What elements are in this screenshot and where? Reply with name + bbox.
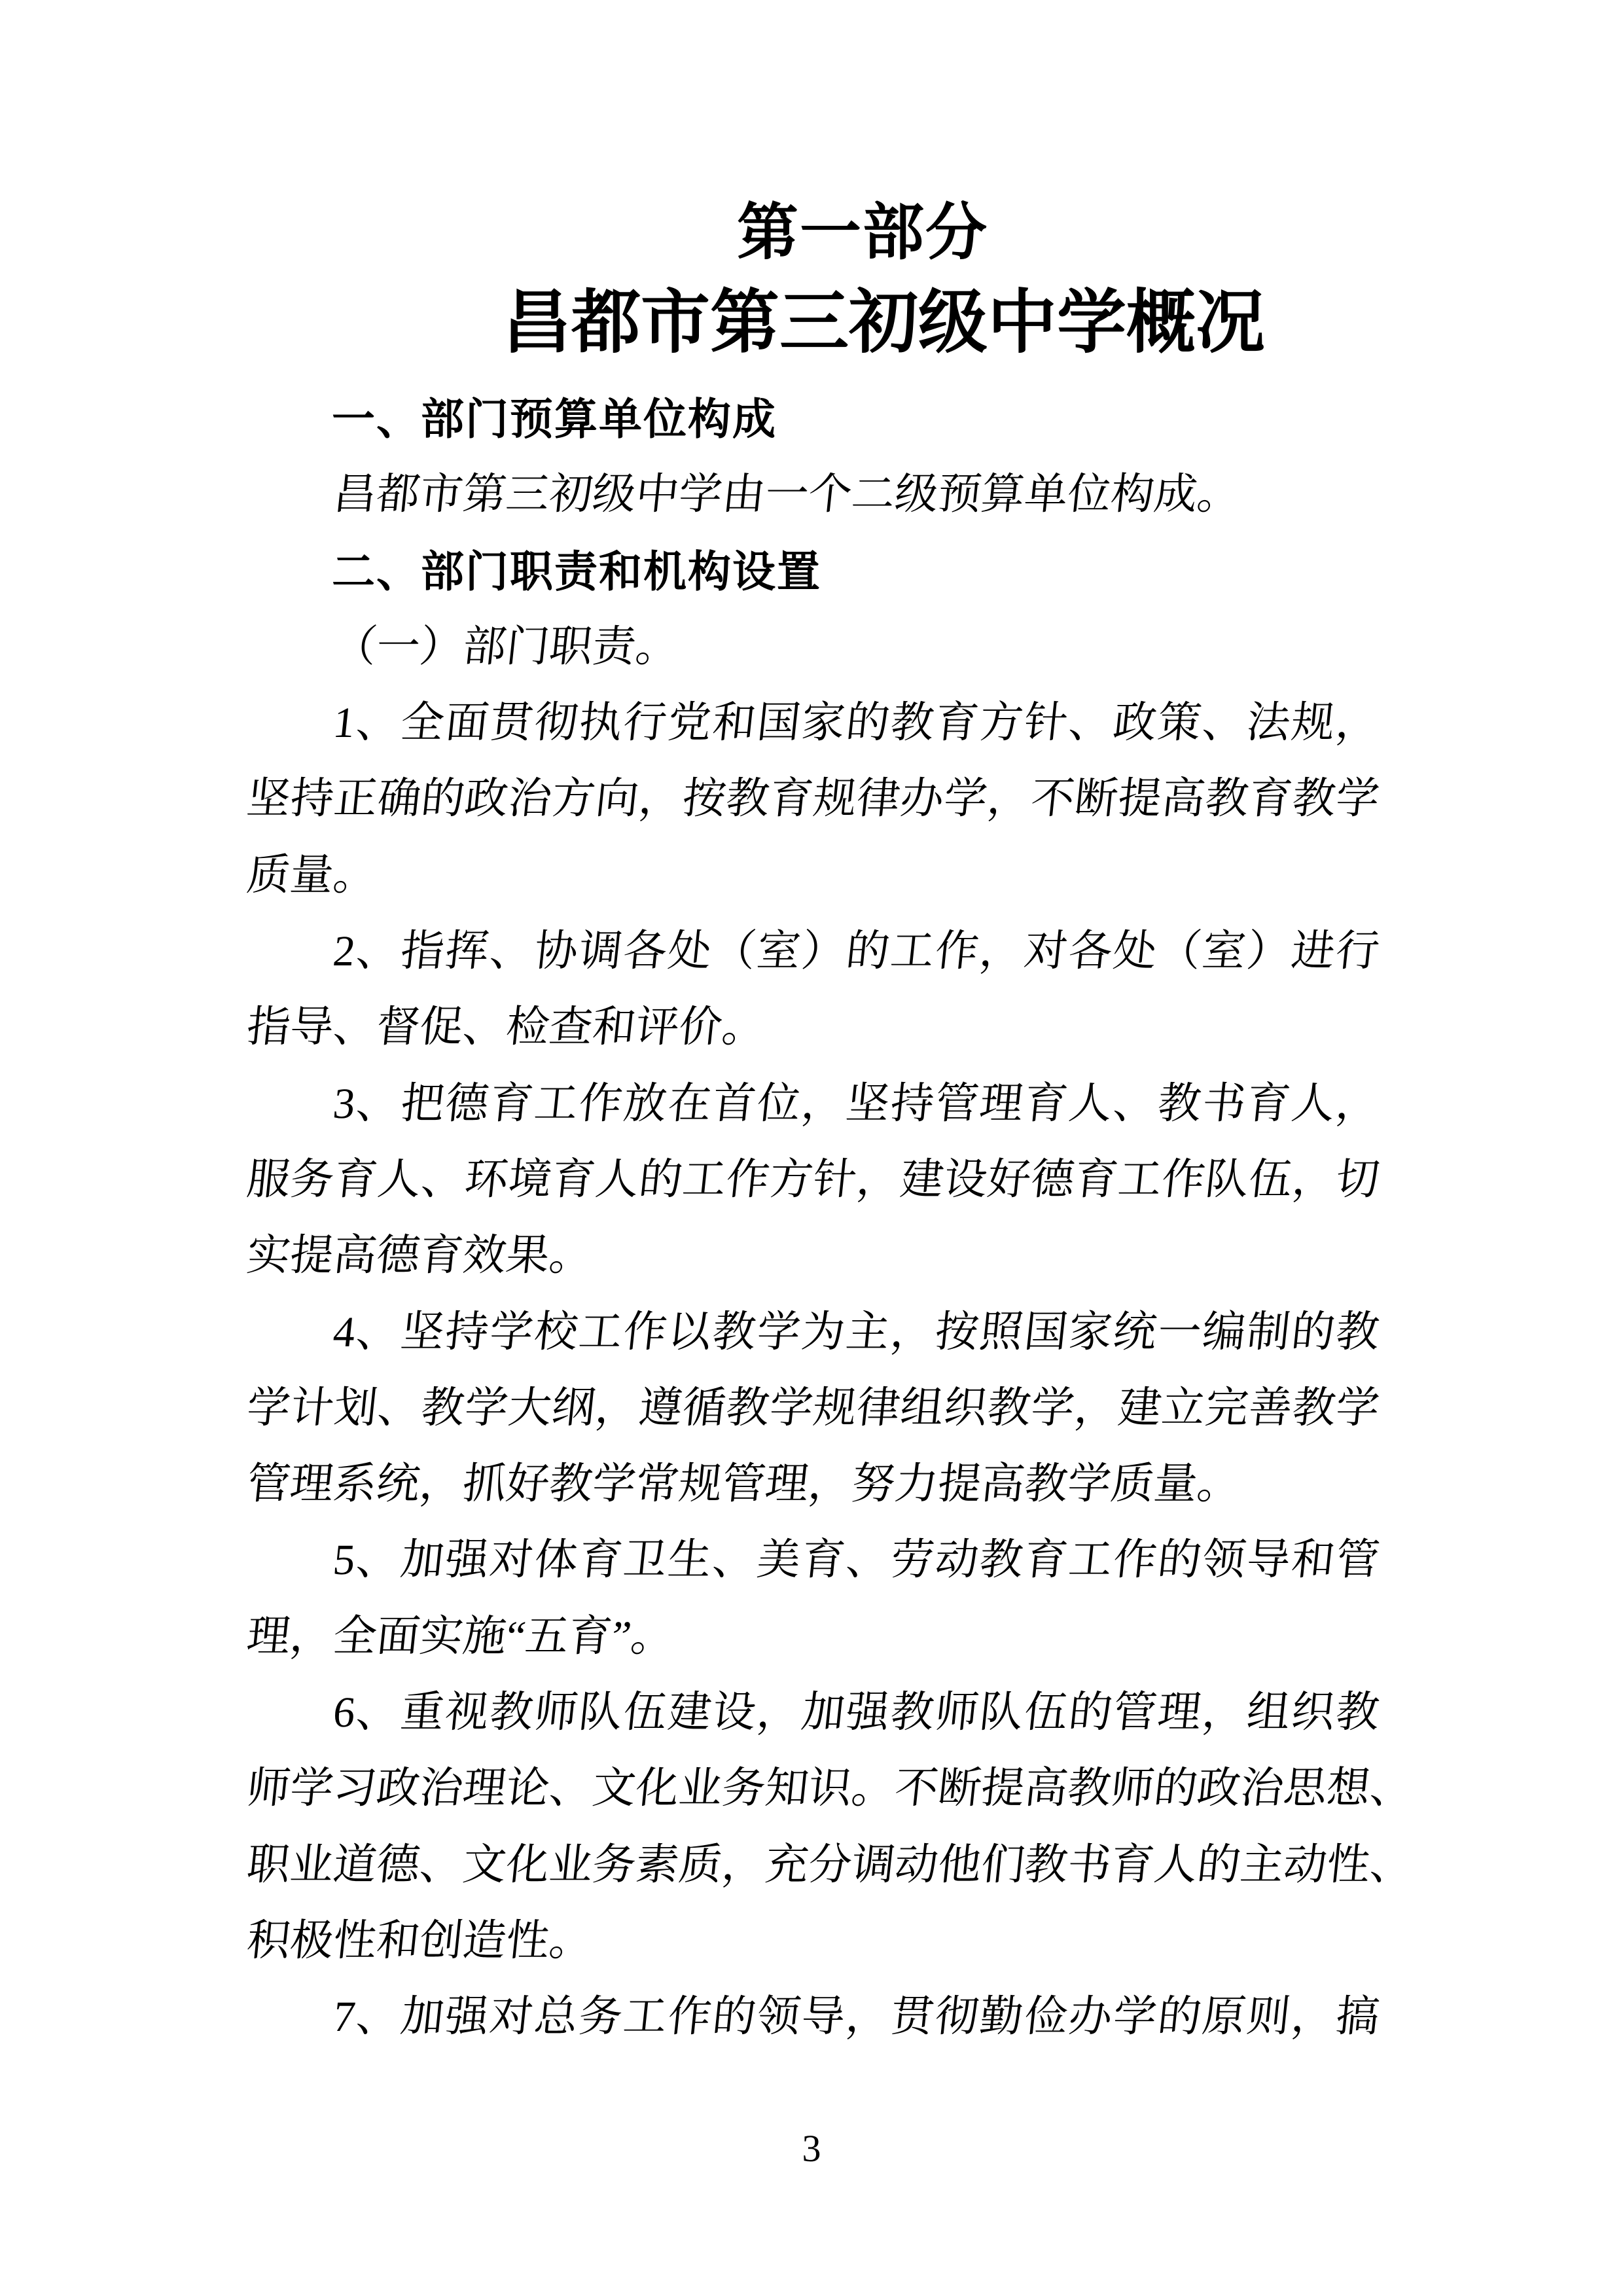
paragraph-line: 实提高德育效果。 <box>243 1218 1383 1294</box>
paragraph-line: 服务育人、环境育人的工作方针，建设好德育工作队伍，切 <box>243 1142 1383 1218</box>
paragraph-line: 6、重视教师队伍建设，加强教师队伍的管理，组织教 <box>243 1675 1383 1751</box>
paragraph-line: 学计划、教学大纲，遵循教学规律组织教学，建立完善教学 <box>243 1371 1383 1446</box>
paragraph-line: （一）部门职责。 <box>243 609 1383 685</box>
document-title: 昌都市第三初级中学概况 <box>0 287 1623 359</box>
paragraph-line: 昌都市第三初级中学由一个二级预算单位构成。 <box>243 457 1383 533</box>
section-heading: 二、部门职责和机构设置 <box>245 533 1378 609</box>
paragraph-line: 积极性和创造性。 <box>243 1903 1383 1979</box>
part-title: 第一部分 <box>0 200 1623 265</box>
section-heading: 一、部门预算单位构成 <box>245 381 1378 457</box>
paragraph-line: 2、指挥、协调各处（室）的工作，对各处（室）进行 <box>243 914 1383 990</box>
page-number: 3 <box>0 2128 1623 2169</box>
paragraph-line: 3、把德育工作放在首位，坚持管理育人、教书育人， <box>243 1066 1383 1142</box>
document-body: 一、部门预算单位构成昌都市第三初级中学由一个二级预算单位构成。二、部门职责和机构… <box>245 381 1378 2056</box>
paragraph-line: 4、坚持学校工作以教学为主，按照国家统一编制的教 <box>243 1295 1383 1371</box>
paragraph-line: 管理系统，抓好教学常规管理，努力提高教学质量。 <box>243 1446 1383 1522</box>
paragraph-line: 5、加强对体育卫生、美育、劳动教育工作的领导和管 <box>243 1522 1383 1598</box>
paragraph-line: 7、加强对总务工作的领导，贯彻勤俭办学的原则，搞 <box>243 1979 1383 2055</box>
paragraph-line: 职业道德、文化业务素质，充分调动他们教书育人的主动性、 <box>243 1827 1383 1903</box>
document-page: 第一部分 昌都市第三初级中学概况 一、部门预算单位构成昌都市第三初级中学由一个二… <box>0 0 1623 2296</box>
paragraph-line: 质量。 <box>243 838 1383 914</box>
paragraph-line: 坚持正确的政治方向，按教育规律办学，不断提高教育教学 <box>243 761 1383 837</box>
paragraph-line: 1、全面贯彻执行党和国家的教育方针、政策、法规， <box>243 685 1383 761</box>
paragraph-line: 理，全面实施“五育”。 <box>243 1599 1383 1675</box>
paragraph-line: 指导、督促、检查和评价。 <box>243 990 1383 1066</box>
paragraph-line: 师学习政治理论、文化业务知识。不断提高教师的政治思想、 <box>243 1751 1383 1827</box>
